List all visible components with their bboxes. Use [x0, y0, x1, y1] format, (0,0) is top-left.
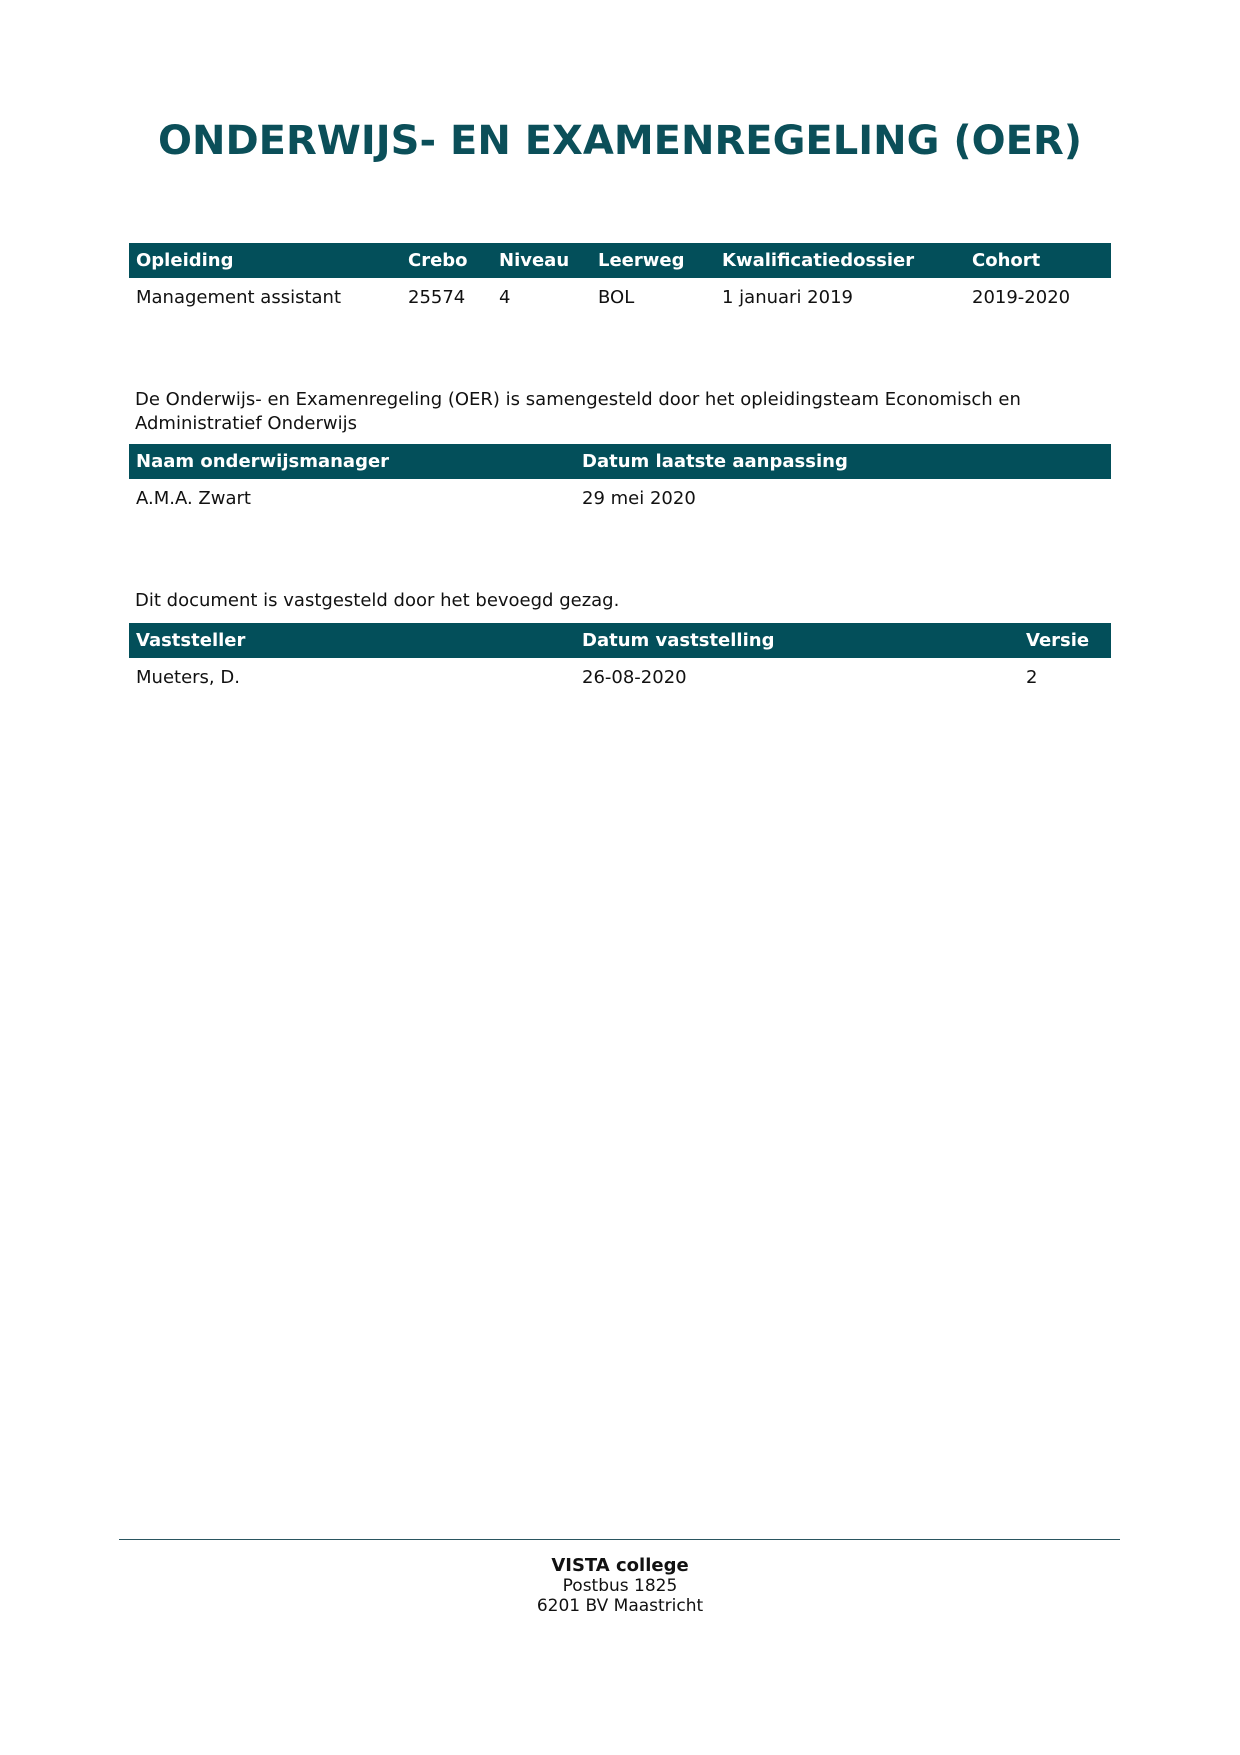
- table-row: A.M.A. Zwart 29 mei 2020: [129, 479, 1111, 517]
- cell-versie: 2: [1019, 658, 1111, 696]
- adoption-text: Dit document is vastgesteld door het bev…: [135, 589, 1085, 613]
- col-header-naam-onderwijsmanager: Naam onderwijsmanager: [129, 444, 575, 479]
- cell-opleiding: Management assistant: [129, 278, 401, 316]
- col-header-versie: Versie: [1019, 623, 1111, 658]
- cell-leerweg: BOL: [591, 278, 715, 316]
- col-header-opleiding: Opleiding: [129, 243, 401, 278]
- cell-crebo: 25574: [401, 278, 492, 316]
- table-row: Mueters, D. 26-08-2020 2: [129, 658, 1111, 696]
- cell-kwalificatiedossier: 1 januari 2019: [715, 278, 965, 316]
- footer-address-line1: Postbus 1825: [0, 1576, 1240, 1596]
- footer-organization: VISTA college: [0, 1556, 1240, 1576]
- cell-cohort: 2019-2020: [965, 278, 1111, 316]
- col-header-datum-vaststelling: Datum vaststelling: [575, 623, 1019, 658]
- cell-manager-name: A.M.A. Zwart: [129, 479, 575, 517]
- col-header-vaststeller: Vaststeller: [129, 623, 575, 658]
- footer-divider: [119, 1539, 1120, 1540]
- col-header-crebo: Crebo: [401, 243, 492, 278]
- col-header-niveau: Niveau: [492, 243, 591, 278]
- footer-address-line2: 6201 BV Maastricht: [0, 1596, 1240, 1616]
- page-title: ONDERWIJS- EN EXAMENREGELING (OER): [0, 118, 1240, 164]
- table-header-row: Vaststeller Datum vaststelling Versie: [129, 623, 1111, 658]
- col-header-leerweg: Leerweg: [591, 243, 715, 278]
- col-header-kwalificatiedossier: Kwalificatiedossier: [715, 243, 965, 278]
- table-header-row: Naam onderwijsmanager Datum laatste aanp…: [129, 444, 1111, 479]
- composition-text: De Onderwijs- en Examenregeling (OER) is…: [135, 388, 1085, 436]
- cell-niveau: 4: [492, 278, 591, 316]
- col-header-datum-laatste-aanpassing: Datum laatste aanpassing: [575, 444, 1111, 479]
- table-header-row: Opleiding Crebo Niveau Leerweg Kwalifica…: [129, 243, 1111, 278]
- page-footer: VISTA college Postbus 1825 6201 BV Maast…: [0, 1556, 1240, 1616]
- col-header-cohort: Cohort: [965, 243, 1111, 278]
- cell-datum-vaststelling: 26-08-2020: [575, 658, 1019, 696]
- manager-table: Naam onderwijsmanager Datum laatste aanp…: [129, 444, 1111, 517]
- adoption-table: Vaststeller Datum vaststelling Versie Mu…: [129, 623, 1111, 696]
- table-row: Management assistant 25574 4 BOL 1 janua…: [129, 278, 1111, 316]
- programme-table: Opleiding Crebo Niveau Leerweg Kwalifica…: [129, 243, 1111, 316]
- cell-vaststeller: Mueters, D.: [129, 658, 575, 696]
- cell-last-modified: 29 mei 2020: [575, 479, 1111, 517]
